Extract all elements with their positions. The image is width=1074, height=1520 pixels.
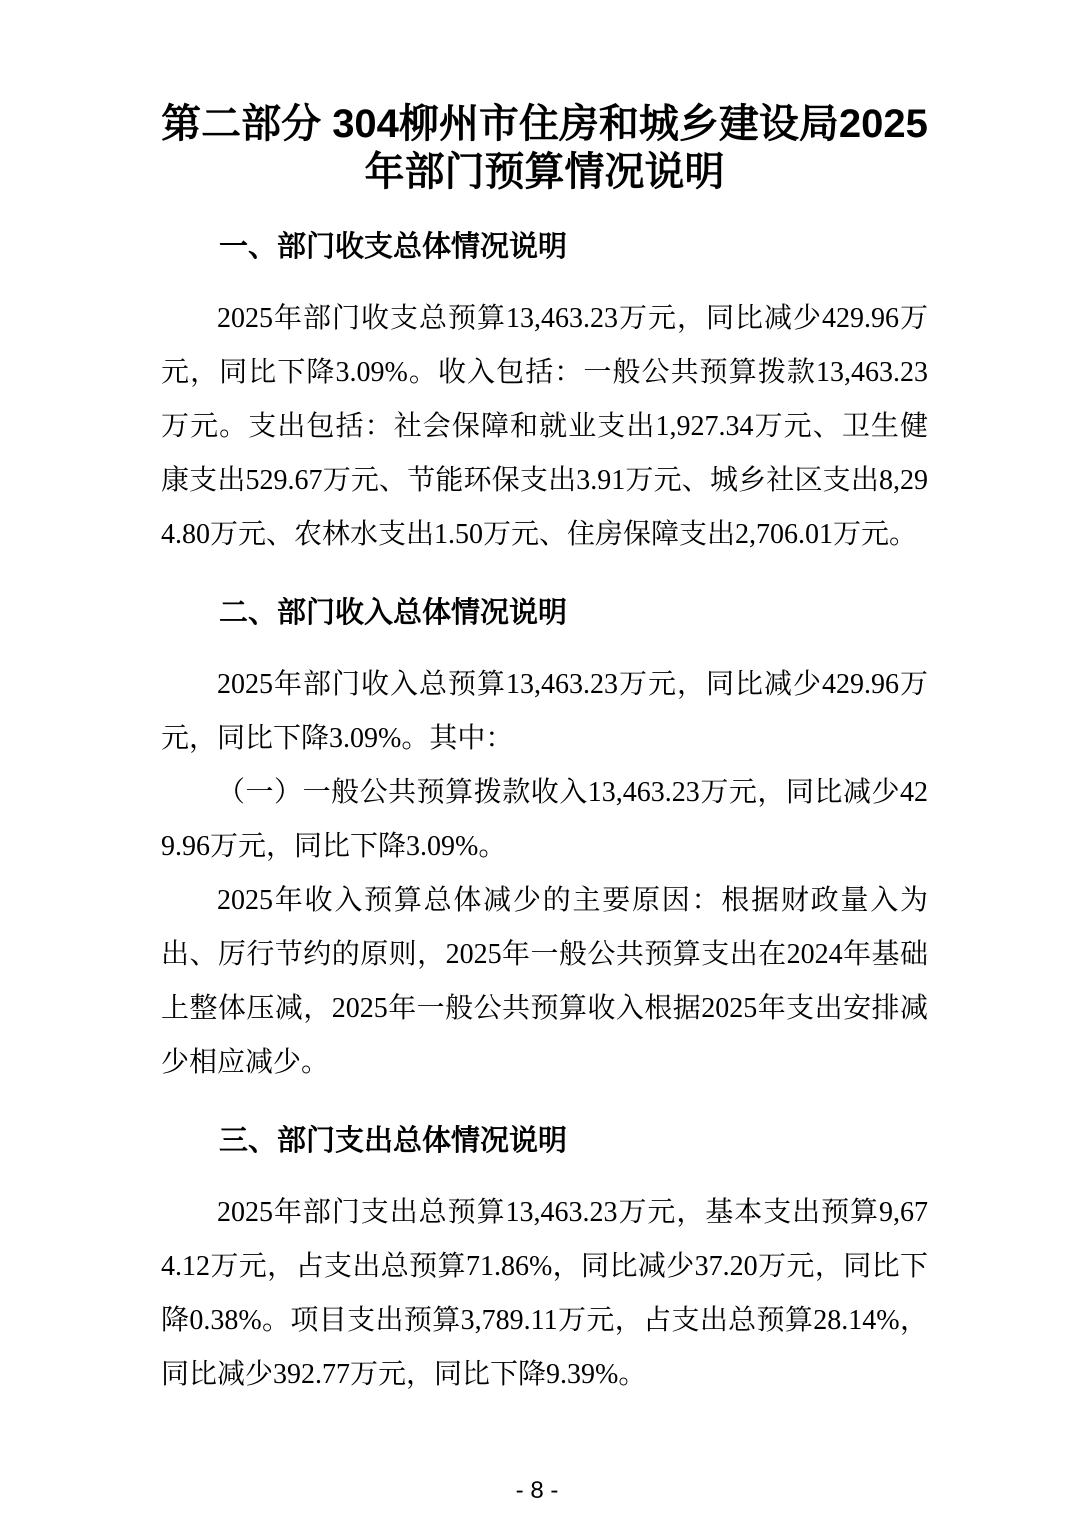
section-2-heading: 二、部门收入总体情况说明 [161, 586, 928, 640]
section-revenue: 二、部门收入总体情况说明 2025年部门收入总预算13,463.23万元，同比减… [161, 586, 928, 1090]
document-title-line1: 第二部分 304柳州市住房和城乡建设局2025 [131, 100, 958, 148]
section-3-paragraph-1: 2025年部门支出总预算13,463.23万元，基本支出预算9,674.12万元… [161, 1186, 928, 1402]
section-2-paragraph-3: 2025年收入预算总体减少的主要原因：根据财政量入为出、厉行节约的原则，2025… [161, 874, 928, 1090]
document-title-line2: 年部门预算情况说明 [131, 148, 958, 196]
section-2-paragraph-2: （一）一般公共预算拨款收入13,463.23万元，同比减少429.96万元，同比… [161, 766, 928, 874]
document-title: 第二部分 304柳州市住房和城乡建设局2025 年部门预算情况说明 [131, 100, 958, 196]
section-overall-budget: 一、部门收支总体情况说明 2025年部门收支总预算13,463.23万元，同比减… [161, 220, 928, 562]
section-2-paragraph-1: 2025年部门收入总预算13,463.23万元，同比减少429.96万元，同比下… [161, 658, 928, 766]
document-page: 第二部分 304柳州市住房和城乡建设局2025 年部门预算情况说明 一、部门收支… [0, 0, 1074, 1520]
section-1-paragraph-1: 2025年部门收支总预算13,463.23万元，同比减少429.96万元，同比下… [161, 292, 928, 562]
page-number: - 8 - [0, 1478, 1074, 1504]
section-1-heading: 一、部门收支总体情况说明 [161, 220, 928, 274]
section-3-heading: 三、部门支出总体情况说明 [161, 1114, 928, 1168]
section-expenditure: 三、部门支出总体情况说明 2025年部门支出总预算13,463.23万元，基本支… [161, 1114, 928, 1402]
